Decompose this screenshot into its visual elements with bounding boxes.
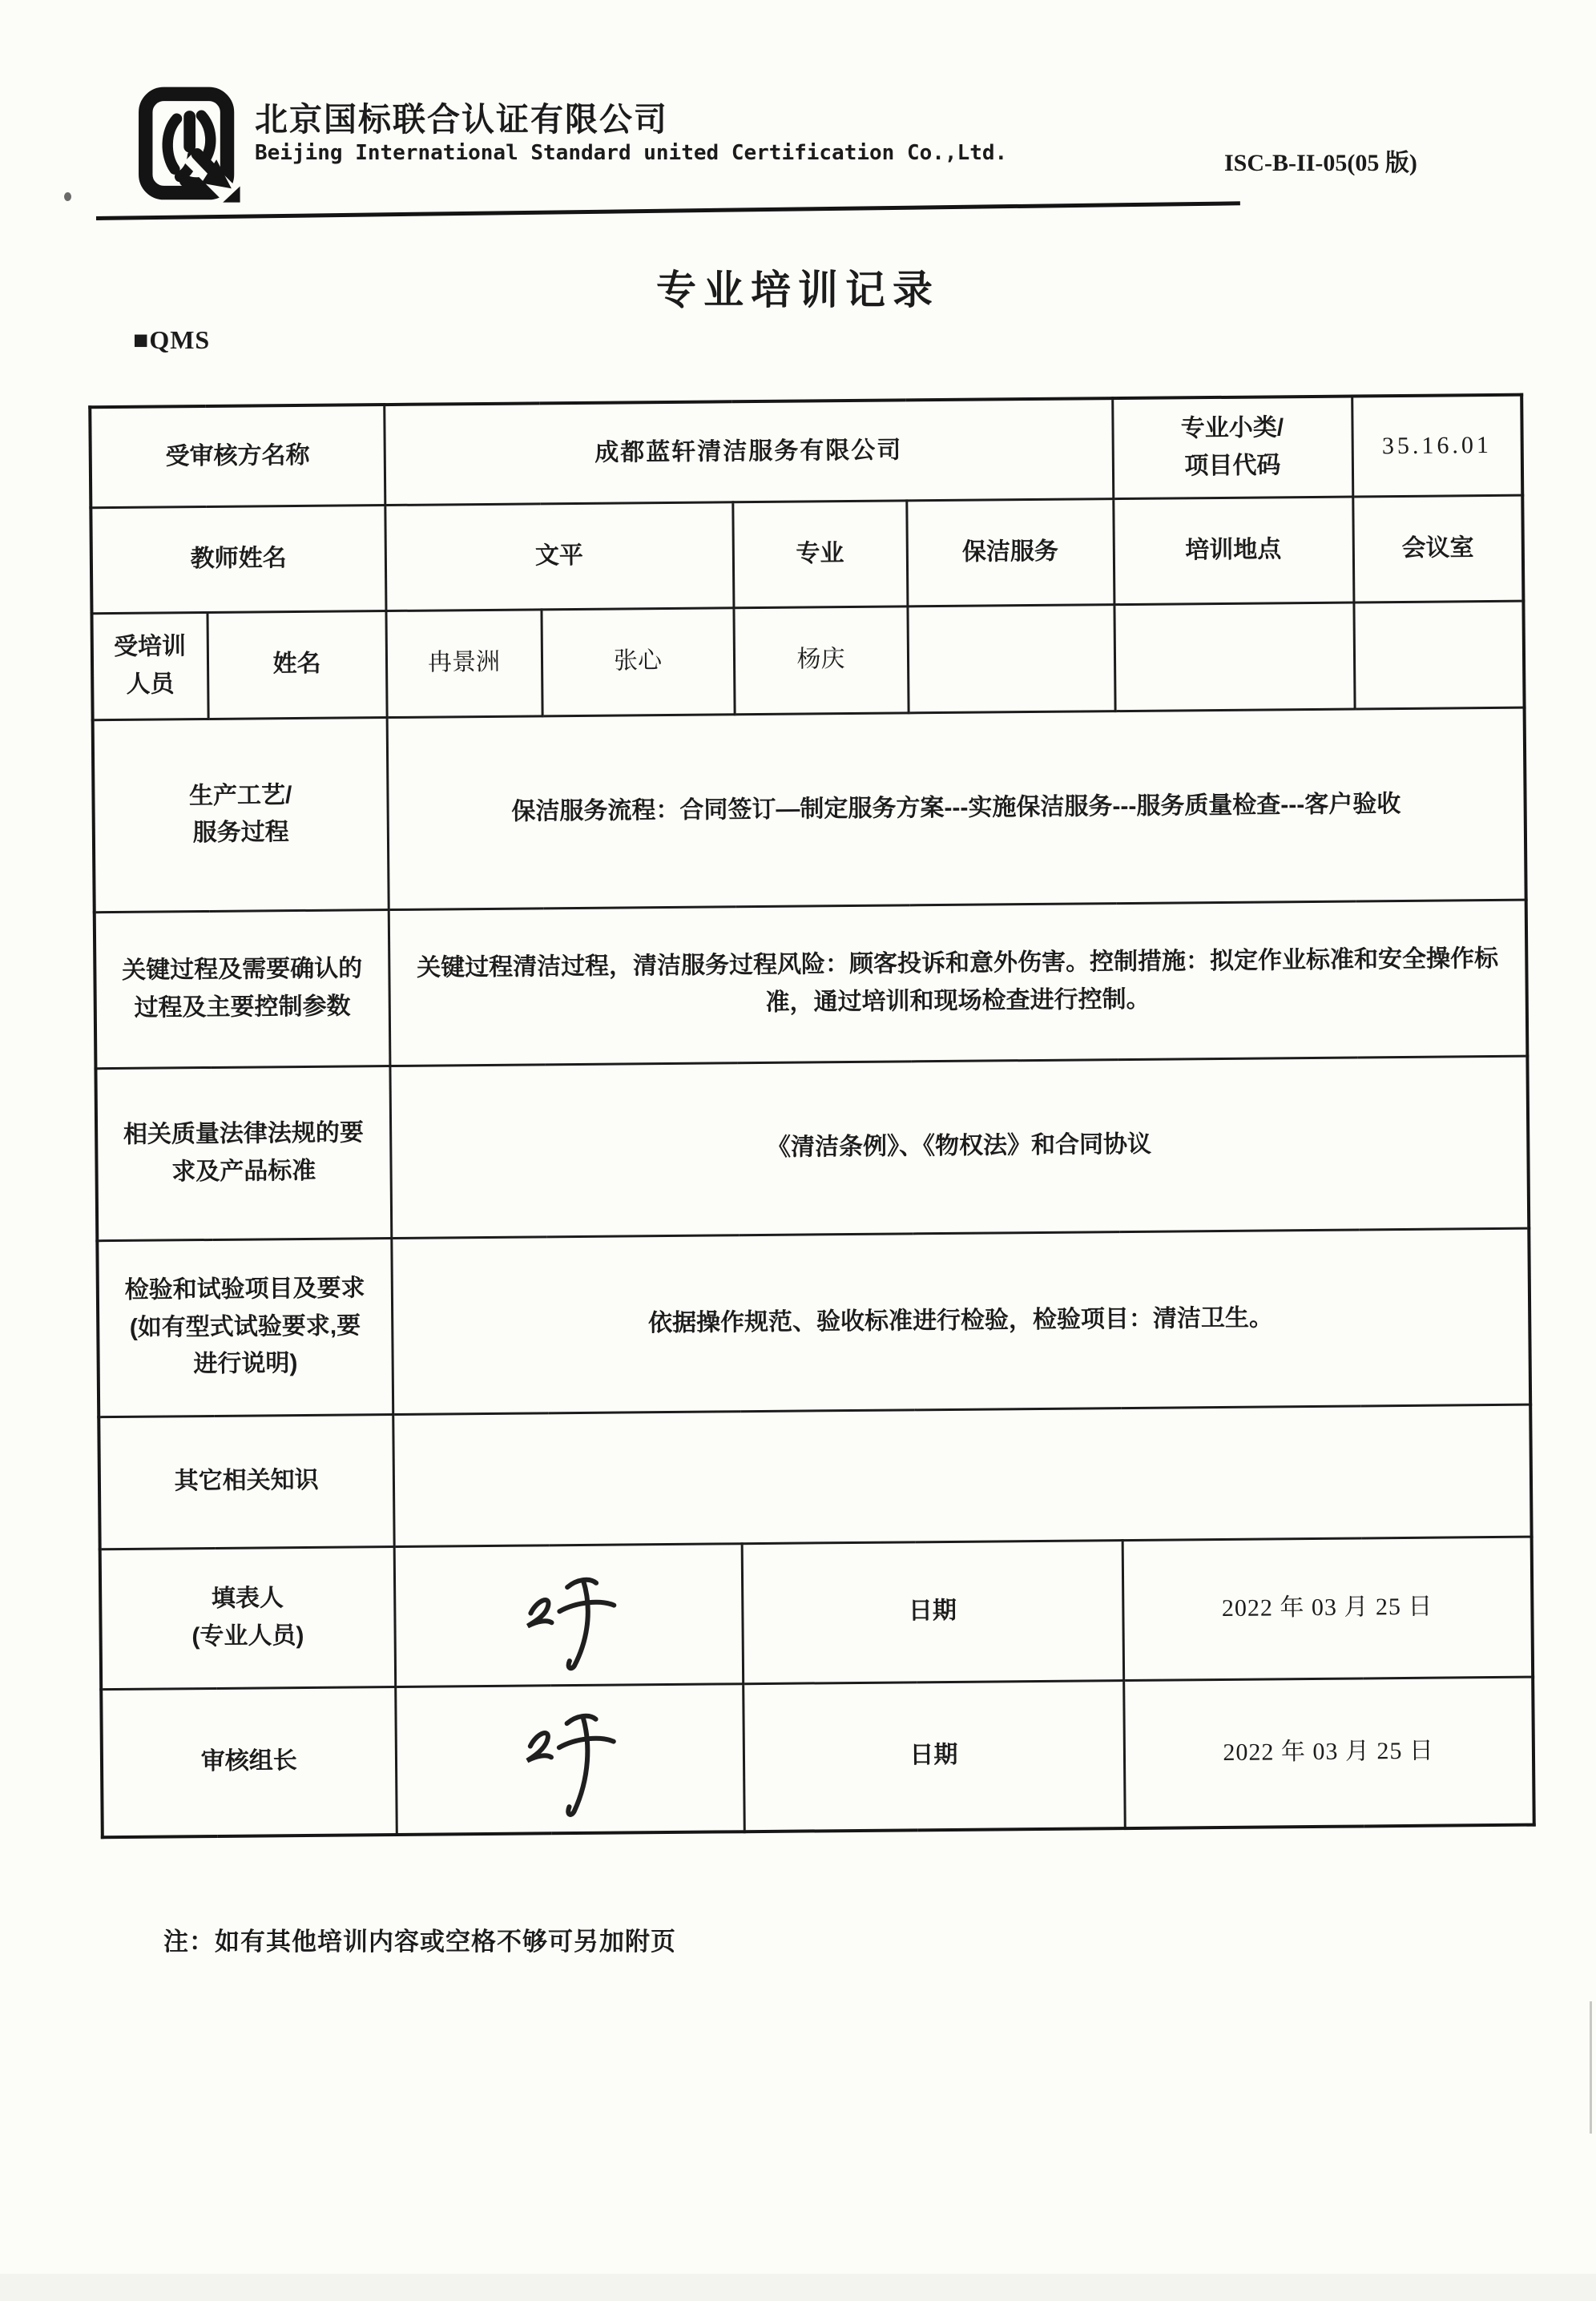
scan-bottom-shade: [0, 2274, 1596, 2301]
leader-date-label: 日期: [743, 1680, 1125, 1832]
row-regulations: 相关质量法律法规的要 求及产品标准 《清洁条例》、《物权法》和合同协议: [95, 1056, 1529, 1241]
auditee-value: 成都蓝轩清洁服务有限公司: [384, 398, 1113, 505]
key-process-label: 关键过程及需要确认的 过程及主要控制参数: [95, 909, 390, 1068]
category-label: 专业小类/ 项目代码: [1112, 397, 1352, 499]
process-value: 保洁服务流程：合同签订—制定服务方案---实施保洁服务---服务质量检查---客…: [387, 707, 1526, 909]
qms-label: ■QMS: [133, 325, 210, 355]
other-knowledge-label: 其它相关知识: [99, 1414, 393, 1549]
category-code-value: 35.16.01: [1352, 395, 1522, 497]
row-filler: 填表人 (专业人员) 日期 2022 年 03 月 25 日: [100, 1537, 1533, 1690]
scanned-training-record-page: 北京国标联合认证有限公司 Beijing International Stand…: [0, 0, 1596, 2301]
document-code: ISC-B-II-05(05 版): [1224, 143, 1417, 178]
teacher-value: 文平: [385, 502, 733, 611]
row-process: 生产工艺/ 服务过程 保洁服务流程：合同签订—制定服务方案---实施保洁服务--…: [93, 707, 1526, 913]
scan-edge-artifact: [1590, 2001, 1592, 2134]
isc-certification-logo-icon: [135, 87, 247, 207]
row-trainees: 受培训 人员 姓名 冉景洲 张心 杨庆: [91, 601, 1524, 720]
company-name-cn: 北京国标联合认证有限公司: [255, 93, 668, 140]
process-label: 生产工艺/ 服务过程: [93, 717, 389, 912]
trainee-name-5: [1114, 602, 1354, 711]
filler-label: 填表人 (专业人员): [100, 1546, 396, 1689]
inspection-label: 检验和试验项目及要求 (如有型式试验要求,要 进行说明): [97, 1238, 393, 1416]
leader-signature-cell: [395, 1683, 744, 1835]
location-value: 会议室: [1352, 495, 1523, 602]
scan-speck-icon: [64, 192, 71, 201]
company-name-en: Beijing International Standard united Ce…: [255, 141, 1007, 165]
trainee-name-1: 冉景洲: [385, 609, 542, 717]
major-label: 专业: [732, 500, 907, 607]
form-table-wrap: 受审核方名称 成都蓝轩清洁服务有限公司 专业小类/ 项目代码 35.16.01 …: [88, 393, 1535, 1840]
row-inspection: 检验和试验项目及要求 (如有型式试验要求,要 进行说明) 依据操作规范、验收标准…: [97, 1228, 1530, 1417]
filler-date-label: 日期: [742, 1540, 1124, 1683]
regulations-label: 相关质量法律法规的要 求及产品标准: [95, 1066, 391, 1240]
row-key-process: 关键过程及需要确认的 过程及主要控制参数 关键过程清洁过程，清洁服务过程风险：顾…: [95, 900, 1528, 1069]
other-knowledge-value: [393, 1404, 1531, 1546]
leader-signature-icon: [501, 1695, 638, 1823]
auditee-label: 受审核方名称: [90, 405, 385, 507]
leader-date-value: 2022 年 03 月 25 日: [1123, 1677, 1534, 1828]
key-process-value: 关键过程清洁过程，清洁服务过程风险：顾客投诉和意外伤害。控制措施：拟定作业标准和…: [389, 900, 1528, 1066]
footer-note: 注：如有其他培训内容或空格不够可另加附页: [163, 1921, 676, 1957]
trainee-name-2: 张心: [541, 607, 734, 715]
major-value: 保洁服务: [906, 498, 1114, 606]
trainee-name-label: 姓名: [207, 611, 386, 719]
location-label: 培训地点: [1113, 497, 1353, 605]
row-teacher: 教师姓名 文平 专业 保洁服务 培训地点 会议室: [91, 495, 1523, 614]
inspection-value: 依据操作规范、验收标准进行检验，检验项目：清洁卫生。: [391, 1228, 1530, 1414]
filler-date-value: 2022 年 03 月 25 日: [1122, 1537, 1534, 1680]
page-title: 专业培训记录: [0, 258, 1596, 316]
row-auditee: 受审核方名称 成都蓝轩清洁服务有限公司 专业小类/ 项目代码 35.16.01: [90, 395, 1522, 508]
audit-leader-label: 审核组长: [101, 1686, 397, 1837]
filler-signature-cell: [394, 1543, 744, 1686]
trainee-name-3: 杨庆: [733, 606, 908, 714]
teacher-label: 教师姓名: [91, 505, 385, 613]
trainee-name-4: [907, 604, 1114, 712]
filler-signature-icon: [500, 1554, 637, 1675]
header-divider: [96, 201, 1240, 220]
training-record-table: 受审核方名称 成都蓝轩清洁服务有限公司 专业小类/ 项目代码 35.16.01 …: [88, 393, 1536, 1840]
trainee-name-6: [1353, 601, 1524, 709]
trainees-label: 受培训 人员: [91, 612, 208, 719]
regulations-value: 《清洁条例》、《物权法》和合同协议: [389, 1056, 1529, 1238]
row-audit-leader: 审核组长 日期 2022 年 03 月 25 日: [101, 1677, 1534, 1838]
row-other-knowledge: 其它相关知识: [99, 1404, 1531, 1549]
